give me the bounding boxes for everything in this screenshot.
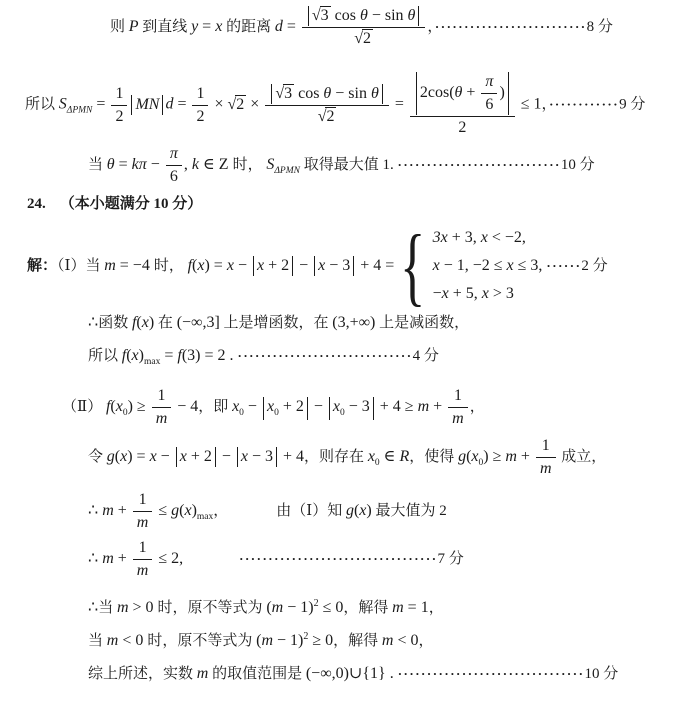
text-run: ，	[419, 633, 434, 649]
line-max-area: 当 θ = kπ − π6, k ∈ Z 时， SΔPMN 取得最大值 1. ·…	[88, 144, 595, 187]
math-text: −	[157, 448, 174, 465]
math-variable: m	[137, 514, 149, 531]
math-text: =	[160, 347, 177, 364]
math-text: −	[244, 398, 261, 415]
math-variable: x	[333, 398, 340, 415]
absolute-value-bars: x + 2	[253, 256, 293, 276]
line-distance-formula: 则 P 到直线 y = x 的距离 d = √3 cos θ − sin θ√2…	[110, 6, 613, 49]
left-brace: {	[400, 227, 425, 306]
numerator: 1	[192, 84, 208, 106]
fraction: 1m	[133, 538, 153, 581]
math-text: − sin	[368, 7, 408, 24]
text-run: 2 分	[581, 258, 607, 274]
line-conclusion: 综上所述，实数 m 的取值范围是 (−∞,0)∪{1} . ··········…	[88, 664, 618, 684]
math-text: 1	[139, 491, 147, 508]
math-text: =	[283, 18, 300, 35]
math-variable: m	[156, 410, 168, 427]
math-text: + 2	[279, 398, 304, 415]
numerator: √3 cos θ − sin θ	[265, 84, 389, 106]
denominator: √2	[302, 28, 426, 49]
text-run: 7 分	[438, 551, 464, 567]
math-variable: x	[116, 398, 123, 415]
numerator: 1	[152, 386, 172, 408]
subscript: ΔPMN	[274, 166, 300, 176]
math-text: 1	[542, 437, 550, 454]
math-text: > 0	[129, 599, 158, 616]
text-run: 到直线	[139, 19, 192, 35]
line-define-g: 令 g(x) = x − x + 2 − x − 3 + 4，则存在 x0 ∈ …	[88, 436, 606, 479]
absolute-value-bars: √3 cos θ − sin θ	[308, 6, 420, 26]
math-text: (−∞,0)∪{1} .	[306, 665, 398, 682]
line-solution-piecewise: 解：（Ⅰ）当 m = −4 时， f(x) = x − x + 2 − x − …	[27, 226, 608, 306]
math-variable: x	[368, 448, 375, 465]
math-variable: θ	[360, 7, 368, 24]
math-variable: g	[458, 448, 466, 465]
math-variable: m	[272, 599, 284, 616]
denominator: 2	[192, 106, 208, 127]
line-case-m-positive: ∴当 m > 0 时，原不等式为 (m − 1)2 ≤ 0，解得 m = 1，	[88, 598, 444, 618]
numerator: 1	[133, 538, 153, 560]
math-variable: m	[107, 632, 119, 649]
math-text: ≤ 1	[517, 96, 542, 113]
math-text: −	[310, 398, 327, 415]
math-text: < 0	[118, 632, 147, 649]
math-text: 1	[157, 387, 165, 404]
text-run: （Ⅰ）当	[57, 258, 104, 274]
numerator: 2cos(θ + π6)	[410, 72, 515, 117]
text-run: ，	[213, 503, 228, 519]
math-variable: m	[102, 502, 114, 519]
line-f-max: 所以 f(x)max = f(3) = 2 . ················…	[88, 346, 439, 369]
math-text: (−∞,3]	[177, 314, 220, 331]
math-text: − 3	[325, 257, 350, 274]
fraction: 1m	[448, 386, 468, 429]
math-variable: m	[392, 599, 404, 616]
text-run: 当	[88, 633, 107, 649]
math-variable: d	[275, 18, 283, 35]
denominator: 2	[111, 106, 127, 127]
square-root: √2	[228, 95, 247, 115]
math-text: ∴	[88, 550, 102, 567]
text-run: ，则存在	[304, 449, 368, 465]
math-variable: m	[197, 665, 209, 682]
text-run: 由（Ⅰ）知	[276, 503, 346, 519]
dotted-leader: ······························	[238, 348, 413, 363]
math-text: ∴	[88, 314, 98, 331]
line-area-inequality: 所以 SΔPMN = 12MNd = 12 × √2 × √3 cos θ − …	[25, 72, 645, 138]
line-part2-inequality: （Ⅱ） f(x0) ≥ 1m − 4，即 x0 − x0 + 2 − x0 − …	[62, 386, 485, 429]
math-text: ,	[184, 156, 192, 173]
fraction: √3 cos θ − sin θ√2	[265, 84, 389, 127]
math-text: +	[114, 502, 131, 519]
math-text: ) ≥	[128, 398, 150, 415]
case-rows: 3x + 3, x < −2,x − 1, −2 ≤ x ≤ 3, ······…	[433, 226, 608, 306]
math-text: 2	[196, 108, 204, 125]
text-run: 则	[110, 19, 129, 35]
fraction: π6	[166, 144, 182, 187]
math-variable: x	[507, 257, 514, 274]
text-run: ，解得	[333, 633, 382, 649]
math-text: ) =	[204, 257, 226, 274]
math-variable: θ	[371, 85, 379, 102]
numerator: 1	[448, 386, 468, 408]
math-variable: π	[170, 145, 178, 162]
math-text: −	[147, 156, 164, 173]
math-text: cos	[331, 7, 360, 24]
math-text: −	[295, 257, 312, 274]
math-variable: θ	[107, 156, 115, 173]
math-text: 6	[170, 168, 178, 185]
math-text: + 2	[187, 448, 212, 465]
math-text: 1	[139, 539, 147, 556]
piecewise-brace-group: {3x + 3, x < −2,x − 1, −2 ≤ x ≤ 3, ·····…	[400, 226, 607, 306]
text-run: 8 分	[587, 19, 613, 35]
math-text: − sin	[331, 85, 371, 102]
text-run: ，解得	[343, 600, 392, 616]
math-text: =	[198, 18, 215, 35]
text-run: ，	[470, 399, 485, 415]
math-variable: x	[267, 398, 274, 415]
math-variable: m	[102, 550, 114, 567]
text-run: 所以	[88, 348, 122, 364]
numerator: π	[481, 72, 497, 94]
math-variable: m	[137, 562, 149, 579]
fraction: 12	[111, 84, 127, 127]
math-text: + 2	[264, 257, 289, 274]
fraction: 1m	[536, 436, 556, 479]
bold-text-run: 24.	[27, 196, 46, 212]
math-text: < 0	[393, 632, 418, 649]
math-variable: P	[129, 18, 139, 35]
text-run: 综上所述，实数	[88, 666, 197, 682]
fraction: 12	[192, 84, 208, 127]
line-m-leq-gmax: ∴ m + 1m ≤ g(x)max，由（Ⅰ）知 g(x) 最大值为 2	[88, 490, 447, 533]
dotted-leader: ··························	[435, 19, 587, 34]
math-text: + 4 =	[356, 257, 398, 274]
math-text: +	[429, 398, 446, 415]
text-run: 的距离	[222, 19, 275, 35]
math-text: (3) = 2 .	[182, 347, 238, 364]
square-root: √3	[275, 84, 294, 104]
math-text: (3,+∞)	[332, 314, 375, 331]
math-variable: m	[505, 448, 517, 465]
radicand: 3	[283, 84, 294, 103]
math-text: ∈ Z	[199, 156, 233, 173]
bold-text-run: 解：	[27, 258, 57, 274]
math-variable: x	[241, 448, 248, 465]
text-run: 上是增函数，在	[220, 315, 333, 331]
line-case-m-negative: 当 m < 0 时，原不等式为 (m − 1)2 ≥ 0，解得 m < 0，	[88, 631, 434, 651]
math-variable: k	[192, 156, 199, 173]
math-text: − 3	[248, 448, 273, 465]
absolute-value-bars: x + 2	[176, 447, 216, 467]
math-variable: kπ	[132, 156, 147, 173]
math-text: + 4	[279, 448, 304, 465]
dotted-leader: ··································	[239, 551, 437, 566]
text-run: （Ⅱ）	[62, 399, 106, 415]
math-text: − 1)	[273, 632, 303, 649]
math-variable: x	[132, 347, 139, 364]
text-run: 10 分	[561, 157, 595, 173]
math-variable: x	[142, 314, 149, 331]
numerator: √3 cos θ − sin θ	[302, 6, 426, 28]
square-root: √3	[312, 6, 331, 26]
text-run: 4 分	[413, 348, 439, 364]
text-run: 当	[98, 600, 117, 616]
text-run: 在	[154, 315, 177, 331]
text-run: 的取值范围是	[208, 666, 306, 682]
math-text: − 3	[345, 398, 370, 415]
math-variable: x	[442, 285, 449, 302]
denominator: √2	[265, 106, 389, 127]
math-variable: x	[481, 229, 488, 246]
math-variable: m	[117, 599, 129, 616]
text-run: 取得最大值 1.	[300, 157, 398, 173]
text-run: 成立，	[558, 449, 607, 465]
text-run: 时，原不等式为	[147, 633, 256, 649]
text-run: ，	[427, 19, 435, 35]
text-run: 函数	[98, 315, 132, 331]
text-run: ，	[429, 600, 444, 616]
case-row: x − 1, −2 ≤ x ≤ 3, ······2 分	[433, 254, 608, 279]
math-variable: MN	[135, 96, 159, 113]
math-text: ∴	[88, 502, 102, 519]
math-variable: g	[171, 502, 179, 519]
square-root: √2	[354, 29, 373, 49]
absolute-value-bars: MN	[131, 95, 163, 115]
math-text: ≤ 3,	[514, 257, 547, 274]
fraction: 1m	[152, 386, 172, 429]
math-variable: π	[485, 73, 493, 90]
text-run: 时，原不等式为	[158, 600, 267, 616]
math-text: − 1)	[283, 599, 313, 616]
math-variable: g	[346, 502, 354, 519]
math-text: = −4	[116, 257, 154, 274]
math-text: ≤ 2,	[154, 550, 183, 567]
denominator: 6	[166, 166, 182, 187]
math-variable: g	[107, 448, 115, 465]
math-text: > 3	[489, 285, 514, 302]
radicand: 2	[325, 107, 336, 126]
subscript: max	[144, 357, 160, 367]
math-text: ) =	[127, 448, 149, 465]
math-text: 1	[115, 85, 123, 102]
math-text: ≤	[154, 502, 171, 519]
math-text: + 4 ≥	[376, 398, 418, 415]
case-row: 3x + 3, x < −2,	[433, 226, 608, 251]
math-variable: x	[433, 257, 440, 274]
math-variable: x	[257, 257, 264, 274]
absolute-value-bars: x0 + 2	[263, 397, 308, 420]
subscript: max	[197, 512, 213, 522]
dotted-leader: ············	[549, 97, 619, 112]
case-row: −x + 5, x > 3	[433, 282, 608, 307]
denominator: m	[152, 408, 172, 429]
math-text: ×	[210, 96, 227, 113]
math-text: 1	[196, 85, 204, 102]
text-run: 上是减函数，	[375, 315, 469, 331]
math-text: =	[391, 96, 408, 113]
denominator: 2	[410, 117, 515, 138]
absolute-value-bars: 2cos(θ + π6)	[416, 72, 509, 115]
fraction: 2cos(θ + π6)2	[410, 72, 515, 138]
text-run: 10 分	[584, 666, 618, 682]
math-text: )	[499, 84, 504, 101]
fraction: √3 cos θ − sin θ√2	[302, 6, 426, 49]
problem-24-heading: 24.（本小题满分 10 分）	[27, 194, 202, 214]
denominator: m	[133, 512, 153, 533]
math-variable: x	[150, 448, 157, 465]
math-variable: θ	[408, 7, 416, 24]
math-text: −	[433, 285, 442, 302]
line-m-leq-2: ∴ m + 1m ≤ 2,···························…	[88, 538, 464, 581]
math-text: + 3,	[448, 229, 481, 246]
math-variable: m	[261, 632, 273, 649]
fraction: π6	[481, 72, 497, 115]
math-text: cos	[294, 85, 323, 102]
math-variable: m	[418, 398, 430, 415]
math-text: +	[517, 448, 534, 465]
square-root: √2	[318, 107, 337, 127]
math-variable: x	[227, 257, 234, 274]
math-variable: 3x	[433, 229, 448, 246]
numerator: π	[166, 144, 182, 166]
math-text: 1	[454, 387, 462, 404]
math-text: +	[462, 84, 479, 101]
math-text: ≤ 0	[319, 599, 344, 616]
dotted-leader: ······	[546, 258, 581, 273]
absolute-value-bars: √3 cos θ − sin θ	[271, 84, 383, 104]
math-variable: m	[452, 410, 464, 427]
math-text: ×	[246, 96, 263, 113]
denominator: 6	[481, 94, 497, 115]
math-variable: m	[382, 632, 394, 649]
math-text: ∴	[88, 599, 98, 616]
math-text: < −2,	[488, 229, 526, 246]
text-run: 当	[88, 157, 107, 173]
dotted-leader: ································	[398, 666, 585, 681]
fraction: 1m	[133, 490, 153, 533]
absolute-value-bars: x0 − 3	[329, 397, 374, 420]
math-text: ∈	[380, 448, 400, 465]
math-variable: x	[471, 448, 478, 465]
absolute-value-bars: x − 3	[314, 256, 354, 276]
numerator: 1	[111, 84, 127, 106]
math-text: 2	[458, 119, 466, 136]
numerator: 1	[133, 490, 153, 512]
text-run: 所以	[25, 97, 59, 113]
denominator: m	[448, 408, 468, 429]
math-variable: S	[59, 96, 67, 113]
math-text: =	[115, 156, 132, 173]
radicand: 2	[362, 29, 373, 48]
math-text: 2cos(	[420, 84, 455, 101]
math-variable: x	[482, 285, 489, 302]
math-variable: x	[184, 502, 191, 519]
math-text: − 4	[173, 398, 198, 415]
math-variable: x	[180, 448, 187, 465]
math-text: 6	[485, 96, 493, 113]
denominator: m	[536, 458, 556, 479]
radicand: 3	[320, 6, 331, 25]
dotted-leader: ····························	[397, 157, 560, 172]
math-variable: m	[104, 257, 116, 274]
math-text: = 1	[404, 599, 429, 616]
absolute-value-bars: x − 3	[237, 447, 277, 467]
text-run: ，使得	[409, 449, 458, 465]
math-text: −	[218, 448, 235, 465]
text-run: 时，	[233, 157, 267, 173]
math-text: 2	[115, 108, 123, 125]
math-text: ≥ 0	[308, 632, 333, 649]
text-run: ，即	[198, 399, 232, 415]
text-run: 最大值为 2	[372, 503, 447, 519]
radicand: 2	[235, 95, 246, 114]
math-variable: R	[400, 448, 410, 465]
math-text: −	[234, 257, 251, 274]
numerator: 1	[536, 436, 556, 458]
math-text: +	[114, 550, 131, 567]
denominator: m	[133, 560, 153, 581]
subscript: ΔPMN	[67, 106, 93, 116]
math-text: =	[173, 96, 190, 113]
text-run: 9 分	[619, 97, 645, 113]
bold-text-run: （本小题满分 10 分）	[60, 196, 203, 212]
math-text: + 5,	[449, 285, 482, 302]
text-run: 令	[88, 449, 107, 465]
text-run: ，	[542, 97, 550, 113]
math-variable: m	[540, 460, 552, 477]
math-text: =	[92, 96, 109, 113]
line-monotonicity: ∴函数 f(x) 在 (−∞,3] 上是增函数，在 (3,+∞) 上是减函数，	[88, 313, 469, 333]
math-text: − 1, −2 ≤	[440, 257, 507, 274]
text-run: 时，	[154, 258, 188, 274]
math-solution-document: 则 P 到直线 y = x 的距离 d = √3 cos θ − sin θ√2…	[0, 0, 677, 724]
math-text: ) ≥	[483, 448, 505, 465]
